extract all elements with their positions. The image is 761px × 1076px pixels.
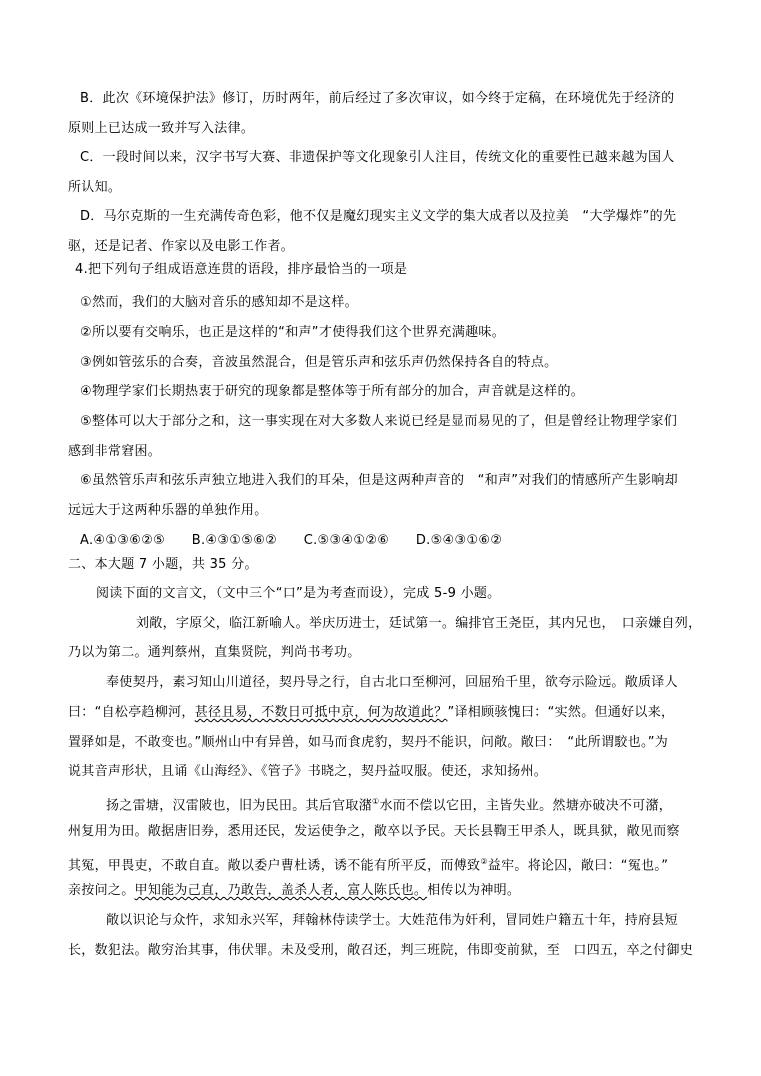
document-page: B．此次《环境保护法》修订，历时两年，前后经过了多次审议，如今终于定稿，在环境优… — [0, 0, 761, 1076]
passage-para-2-line-1: 奉使契丹，素习知山川道径，契丹导之行，自古北口至柳河，回屈殆千里，欲夸示险远。敞… — [106, 675, 678, 691]
passage-para-1-line-2: 乃以为第二。通判蔡州，直集贤院，判尚书考功。 — [68, 645, 361, 661]
passage-para-2-line-4: 说其音声形状，且诵《山海经》、《管子》书晓之，契丹益叹服。使还，求知扬州。 — [68, 764, 547, 780]
passage-para-3-line-1: 扬之雷塘，汉雷陂也，旧为民田。其后官取潴①水而不偿以它田，主皆失业。然塘亦破决不… — [106, 794, 672, 814]
text-segment: 相传以为神明。 — [427, 883, 520, 898]
sentence-1: ①然而，我们的大脑对音乐的感知却不是这样。 — [80, 295, 358, 311]
option-c-line-2: 所认知。 — [68, 180, 121, 196]
option-b-line-2: 原则上已达成一致并写入法律。 — [68, 121, 254, 137]
sentence-2: ②所以要有交响乐，也正是这样的“和声”才使得我们这个世界充满趣味。 — [80, 325, 505, 341]
passage-para-1-line-1: 刘敞，字原父，临江新喻人。举庆历进士，廷试第一。编排官王尧臣，其内兄也， 口亲嫌… — [136, 616, 701, 632]
sentence-6-line-1: ⑥虽然管乐声和弦乐声独立地进入我们的耳朵，但是这两种声音的 “和声”对我们的情感… — [80, 473, 678, 489]
footnote-marker-2: ② — [480, 857, 487, 866]
question-4-stem: 4.把下列句子组成语意连贯的语段，排序最恰当的一项是 — [75, 262, 407, 278]
text-segment: 亲按问之。 — [68, 883, 135, 898]
text-segment: 扬之雷塘，汉雷陂也，旧为民田。其后官取潴 — [106, 798, 372, 813]
option-c-line-1: C．一段时间以来，汉字书写大赛、非遗保护等文化现象引人注目，传统文化的重要性已越… — [80, 150, 675, 166]
passage-para-3-line-2: 州复用为田。敞据唐旧券，悉用还民，发运使争之，敞卒以予民。天长县鞫王甲杀人，既具… — [68, 824, 680, 840]
text-segment: ”译相顾骇愧曰：“实然。但通好以来， — [447, 705, 674, 720]
sentence-4: ④物理学家们长期热衷于研究的现象都是整体等于所有部分的加合，声音就是这样的。 — [80, 384, 584, 400]
passage-para-2-line-3: 置驿如是，不敢变也。”顺州山中有异兽，如马而食虎豹，契丹不能识，问敞。敞曰： “… — [68, 735, 668, 751]
text-segment: 曰：“自松亭趋柳河， — [68, 705, 195, 720]
text-segment: 其冤，甲畏吏，不敢自直。敞以委户曹杜诱，诱不能有所平反，而傅致 — [68, 858, 480, 873]
sentence-5-line-1: ⑤整体可以大于部分之和，这一事实现在对大多数人来说已经是显而易见的了，但是曾经让… — [80, 414, 677, 430]
passage-para-3-line-4: 亲按问之。甲知能为己直，乃敢告，盖杀人者，富人陈氏也。相传以为神明。 — [68, 883, 520, 899]
passage-para-4-line-2: 长，数犯法。敞穷治其事，伟伏罪。未及受刑，敞召还，判三班院，伟即变前狱，至 口四… — [68, 943, 693, 959]
passage-para-3-line-3: 其冤，甲畏吏，不敢自直。敞以委户曹杜诱，诱不能有所平反，而傅致②益牢。将论囚，敞… — [68, 854, 668, 874]
reading-instructions: 阅读下面的文言文，（文中三个“口”是为考查而设），完成 5-9 小题。 — [96, 586, 500, 602]
sentence-6-line-2: 远远大于这两种乐器的单独作用。 — [68, 503, 268, 519]
passage-para-4-line-1: 敞以识论与众忤，求知永兴军，拜翰林侍读学士。大姓范伟为奸利，冒同姓户籍五十年，持… — [106, 913, 678, 929]
text-segment: 益牢。将论囚，敞曰：“冤也。” — [488, 858, 668, 873]
answer-options: A.④①③⑥②⑤ B.④③①⑤⑥② C.⑤③④①②⑥ D.⑤④③①⑥② — [80, 533, 502, 549]
text-segment: 水而不偿以它田，主皆失业。然塘亦破决不可潴， — [380, 798, 673, 813]
underlined-sentence-1: 甚径且易，不数日可抵中京，何为故道此？ — [195, 705, 448, 720]
passage-para-2-line-2: 曰：“自松亭趋柳河，甚径且易，不数日可抵中京，何为故道此？”译相顾骇愧曰：“实然… — [68, 705, 674, 721]
sentence-3: ③例如管弦乐的合奏，音波虽然混合，但是管乐声和弦乐声仍然保持各自的特点。 — [80, 355, 557, 371]
sentence-5-line-2: 感到非常窘困。 — [68, 444, 161, 460]
section-2-heading: 二、本大题 7 小题，共 35 分。 — [68, 557, 258, 573]
option-b-line-1: B．此次《环境保护法》修订，历时两年，前后经过了多次审议，如今终于定稿，在环境优… — [80, 91, 674, 107]
option-d-line-2: 驱，还是记者、作家以及电影工作者。 — [68, 239, 294, 255]
option-d-line-1: D．马尔克斯的一生充满传奇色彩，他不仅是魔幻现实主义文学的集大成者以及拉美 “大… — [80, 209, 676, 225]
underlined-sentence-2: 甲知能为己直，乃敢告，盖杀人者，富人陈氏也。 — [135, 883, 428, 898]
footnote-marker-1: ① — [372, 797, 379, 806]
